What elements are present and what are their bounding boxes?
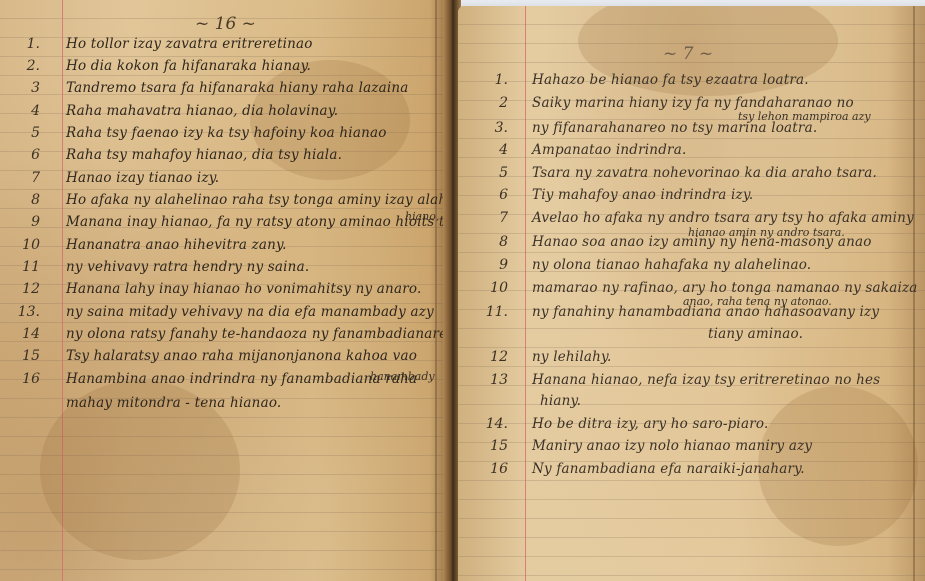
entry-text: tiany aminao. [708, 326, 803, 342]
list-item: 5Raha tsy faenao izy ka tsy hafoiny koa … [0, 125, 447, 147]
entry-number: 14. [468, 416, 508, 432]
list-item: 14.Ho be ditra izy, ary ho saro-piaro. [458, 416, 925, 438]
entry-number: 11 [0, 259, 40, 275]
entry-number: 10 [0, 237, 40, 253]
entry-text: ny fifanarahanareo no tsy marina loatra. [532, 120, 817, 136]
list-item: 4Ampanatao indrindra. [458, 142, 925, 164]
entry-text: Raha tsy faenao izy ka tsy hafoiny koa h… [66, 125, 387, 141]
list-item: 3.ny fifanarahanareo no tsy marina loatr… [458, 120, 925, 142]
entry-number: 15 [0, 348, 40, 364]
entry-number: 2 [468, 95, 508, 111]
entry-text: Hanana hianao, nefa izay tsy eritreretin… [532, 372, 880, 388]
list-item: 7Hanao izay tianao izy. [0, 170, 447, 192]
entry-text: Hahazo be hianao fa tsy ezaatra loatra. [532, 72, 809, 88]
entry-text: Maniry anao izy nolo hianao maniry azy [532, 438, 812, 454]
entry-text: ny olona tianao hahafaka ny alahelinao. [532, 257, 811, 273]
entry-number: 2. [0, 58, 40, 74]
list-item: 1.Hahazo be hianao fa tsy ezaatra loatra… [458, 72, 925, 94]
entry-text: Hanambina anao indrindra ny fanambadiana… [66, 371, 417, 387]
entry-text: Ny fanambadiana efa naraiki-janahary. [532, 461, 805, 477]
list-item: 4Raha mahavatra hianao, dia holavinay. [0, 103, 447, 125]
entry-text: mamarao ny rafinao, ary ho tonga namanao… [532, 280, 918, 296]
entry-text: Avelao ho afaka ny andro tsara ary tsy h… [532, 210, 914, 226]
entry-text: Tsy halaratsy anao raha mijanonjanona ka… [66, 348, 417, 364]
entry-number: 1. [0, 36, 40, 52]
list-item: 15Maniry anao izy nolo hianao maniry azy [458, 438, 925, 460]
entry-text: Ho tollor izay zavatra eritreretinao [66, 36, 313, 52]
entry-number: 16 [468, 461, 508, 477]
entry-text: Ampanatao indrindra. [532, 142, 686, 158]
list-item: 13.ny saina mitady vehivavy na dia efa m… [0, 304, 447, 326]
entry-number: 6 [468, 187, 508, 203]
page-number: ~ 16 ~ [195, 14, 256, 34]
entry-number: 13. [0, 304, 40, 320]
entry-text: Tsara ny zavatra nohevorinao ka dia arah… [532, 165, 877, 181]
list-item: 1.Ho tollor izay zavatra eritreretinao [0, 36, 447, 58]
entry-text: Saiky marina hiany izy fa ny fandaharana… [532, 95, 854, 111]
entry-number: 7 [468, 210, 508, 226]
notebook-photo: ~ 16 ~ 1.Ho tollor izay zavatra eritrere… [0, 0, 925, 581]
list-item: 16Hanambina anao indrindra ny fanambadia… [0, 371, 447, 393]
list-item: 8Hanao soa anao izy aminy ny hena-masony… [458, 234, 925, 256]
list-item: tiany aminao. [458, 326, 925, 348]
list-item: 6Raha tsy mahafoy hianao, dia tsy hiala. [0, 147, 447, 169]
entry-text: Ho be ditra izy, ary ho saro-piaro. [532, 416, 768, 432]
list-item: 14ny olona ratsy fanahy te-handaoza ny f… [0, 326, 447, 348]
list-item: 6Tiy mahafoy anao indrindra izy. [458, 187, 925, 209]
entry-text: Raha mahavatra hianao, dia holavinay. [66, 103, 338, 119]
entry-text: Tiy mahafoy anao indrindra izy. [532, 187, 753, 203]
right-page: ~ 7 ~ 1.Hahazo be hianao fa tsy ezaatra … [458, 6, 925, 581]
entry-number: 10 [468, 280, 508, 296]
entry-text: Hanana lahy inay hianao ho vonimahitsy n… [66, 281, 421, 297]
entry-number: 9 [0, 214, 40, 230]
entry-text: ny fanahiny hanambadiana anao hahasoavan… [532, 304, 879, 320]
entry-text: Hananatra anao hihevitra zany. [66, 237, 287, 253]
entry-text: ny lehilahy. [532, 349, 612, 365]
list-item: 2.Ho dia kokon fa hifanaraka hianay. [0, 58, 447, 80]
entry-text: ny olona ratsy fanahy te-handaoza ny fan… [66, 326, 447, 342]
entry-text: ny saina mitady vehivavy na dia efa mana… [66, 304, 434, 320]
list-item: 13Hanana hianao, nefa izay tsy eritreret… [458, 372, 925, 394]
list-item: 11.ny fanahiny hanambadiana anao hahasoa… [458, 304, 925, 326]
list-item: 12ny lehilahy. [458, 349, 925, 371]
list-item: 9ny olona tianao hahafaka ny alahelinao. [458, 257, 925, 279]
entry-number: 16 [0, 371, 40, 387]
entry-number: 9 [468, 257, 508, 273]
entry-text: Ho dia kokon fa hifanaraka hianay. [66, 58, 311, 74]
entry-number: 8 [468, 234, 508, 250]
entry-number: 3. [468, 120, 508, 136]
entry-text: ny vehivavy ratra hendry ny saina. [66, 259, 309, 275]
list-item: 16Ny fanambadiana efa naraiki-janahary. [458, 461, 925, 483]
entry-number: 11. [468, 304, 508, 320]
entry-number: 3 [0, 80, 40, 96]
list-item: 11ny vehivavy ratra hendry ny saina. [0, 259, 447, 281]
page-number: ~ 7 ~ [663, 44, 713, 64]
entry-text: hiany. [540, 393, 581, 409]
left-page: ~ 16 ~ 1.Ho tollor izay zavatra eritrere… [0, 0, 447, 581]
entry-text: Ho afaka ny alahelinao raha tsy tonga am… [66, 192, 447, 208]
entry-text: Raha tsy mahafoy hianao, dia tsy hiala. [66, 147, 342, 163]
entry-text: Manana inay hianao, fa ny ratsy atony am… [66, 214, 447, 230]
list-item: 10Hananatra anao hihevitra zany. [0, 237, 447, 259]
entry-number: 5 [468, 165, 508, 181]
entry-number: 4 [0, 103, 40, 119]
entry-number: 6 [0, 147, 40, 163]
entry-number: 14 [0, 326, 40, 342]
entry-number: 4 [468, 142, 508, 158]
list-item: 12Hanana lahy inay hianao ho vonimahitsy… [0, 281, 447, 303]
list-item: mahay mitondra - tena hianao. [0, 395, 447, 417]
entry-number: 12 [0, 281, 40, 297]
entry-number: 7 [0, 170, 40, 186]
entry-text: Tandremo tsara fa hifanaraka hiany raha … [66, 80, 409, 96]
list-item: 5Tsara ny zavatra nohevorinao ka dia ara… [458, 165, 925, 187]
entry-text: Hanao soa anao izy aminy ny hena-masony … [532, 234, 872, 250]
entry-number: 8 [0, 192, 40, 208]
entry-text: Hanao izay tianao izy. [66, 170, 219, 186]
entry-number: 5 [0, 125, 40, 141]
list-item: 9Manana inay hianao, fa ny ratsy atony a… [0, 214, 447, 236]
entry-number: 12 [468, 349, 508, 365]
list-item: hiany. [458, 393, 925, 415]
entry-number: 15 [468, 438, 508, 454]
entry-number: 13 [468, 372, 508, 388]
list-item: 15Tsy halaratsy anao raha mijanonjanona … [0, 348, 447, 370]
list-item: 8Ho afaka ny alahelinao raha tsy tonga a… [0, 192, 447, 214]
entry-text: mahay mitondra - tena hianao. [66, 395, 281, 411]
page-shadow [430, 0, 444, 581]
list-item: 3Tandremo tsara fa hifanaraka hiany raha… [0, 80, 447, 102]
entry-number: 1. [468, 72, 508, 88]
